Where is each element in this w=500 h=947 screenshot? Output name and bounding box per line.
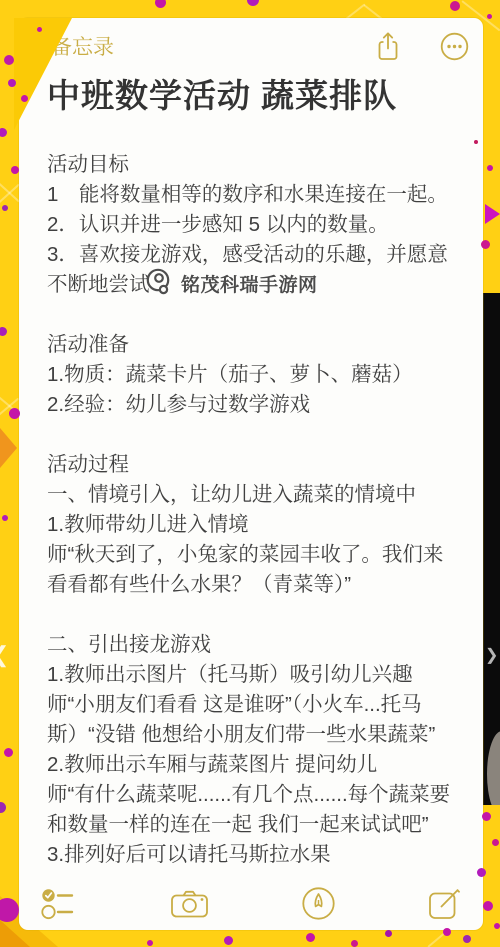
checklist-icon [41, 887, 78, 920]
note-section: 活动准备1.物质：蔬菜卡片（茄子、萝卜、蘑菇）2.经验：幼儿参与过数学游戏 [47, 330, 485, 420]
text-line: 1.教师带幼儿进入情境 [47, 510, 485, 540]
text-line: 2.教师出示车厢与蔬菜图片 提问幼儿 [47, 750, 485, 780]
markup-button[interactable] [301, 886, 336, 921]
magenta-dot [385, 930, 392, 937]
section-heading: 活动目标 [47, 150, 485, 180]
text-line: 3.排列好后可以请托马斯拉水果 [47, 840, 485, 870]
previous-chevron-icon[interactable]: ❮ [0, 642, 9, 668]
magenta-dot [224, 936, 233, 945]
text-line: 看看都有些什么水果？（青菜等）” [47, 570, 485, 600]
watermark-text: 铭茂科瑞手游网 [181, 270, 318, 297]
magenta-dot [2, 515, 8, 521]
magenta-dot [494, 923, 500, 929]
text-line: 师“秋天到了，小兔家的菜园丰收了。我们来 [47, 540, 485, 570]
magenta-dot [247, 0, 259, 6]
magenta-dot [306, 933, 315, 942]
text-line: 师“有什么蔬菜呢......有几个点......每个蔬菜要 [47, 780, 485, 810]
magenta-triangle [485, 204, 500, 224]
magenta-dot [351, 940, 358, 947]
checklist-button[interactable] [41, 887, 78, 920]
more-ellipsis-icon [440, 32, 469, 61]
text-line: 1.教师出示图片（托马斯）吸引幼儿兴趣 [47, 660, 485, 690]
section-heading: 活动过程 [47, 450, 485, 480]
text-line: 斯）“没错 他想给小朋友们带一些水果蔬菜” [47, 720, 485, 750]
magenta-dot [11, 166, 19, 174]
compose-icon [428, 887, 461, 920]
magenta-dot [2, 205, 8, 211]
facet-line [0, 398, 19, 420]
facet-line [0, 392, 19, 414]
magenta-dot [0, 327, 7, 336]
magenta-dot [0, 802, 6, 813]
adjacent-frame-strip: ❯ [483, 293, 500, 805]
compose-button[interactable] [428, 887, 461, 920]
share-icon [375, 31, 401, 62]
text-line: 一、情境引入，让幼儿进入蔬菜的情境中 [47, 480, 485, 510]
note-body: 活动目标1 能将数量相等的数序和水果连接在一起。2．认识并进一步感知 5 以内的… [47, 150, 485, 900]
facet-line [0, 184, 20, 208]
facet-triangle [0, 428, 17, 468]
text-line: 1 能将数量相等的数序和水果连接在一起。 [47, 180, 485, 210]
watermark: 铭茂科瑞手游网 [145, 267, 318, 299]
facet-line [0, 178, 20, 202]
camera-button[interactable] [170, 888, 209, 919]
notes-toolbar [19, 885, 483, 921]
text-line: 和数量一样的连在一起 我们一起来试试吧” [47, 810, 485, 840]
text-line: 2.经验：幼儿参与过数学游戏 [47, 390, 485, 420]
magenta-dot [0, 898, 19, 922]
section-heading: 活动准备 [47, 330, 485, 360]
note-section: 二、引出接龙游戏1.教师出示图片（托马斯）吸引幼儿兴趣师“小朋友们看看 这是谁呀… [47, 630, 485, 870]
note-section: 活动过程一、情境引入，让幼儿进入蔬菜的情境中1.教师带幼儿进入情境师“秋天到了，… [47, 450, 485, 600]
magenta-dot [487, 14, 492, 19]
magenta-dot [155, 0, 166, 8]
magenta-dot [4, 748, 13, 757]
watermark-logo-icon [145, 267, 174, 299]
notes-app-card: 备忘录 中班数学活动 蔬菜排队 活动目标1 能将数量相等的数 [19, 18, 483, 930]
screenshot-stage: ❯ ❮ 备忘录 [0, 0, 500, 947]
magenta-dot [483, 901, 493, 911]
text-line: 师“小朋友们看看 这是谁呀”（小火车...托马 [47, 690, 485, 720]
more-button[interactable] [440, 32, 469, 61]
note-title: 中班数学活动 蔬菜排队 [47, 70, 467, 117]
camera-icon [170, 888, 209, 919]
magenta-dot [487, 165, 493, 171]
text-line: 1.物质：蔬菜卡片（茄子、萝卜、蘑菇） [47, 360, 485, 390]
text-line: 二、引出接龙游戏 [47, 630, 485, 660]
markup-pen-icon [301, 886, 336, 921]
text-line: 3．喜欢接龙游戏，感受活动的乐趣，并愿意 [47, 240, 485, 270]
magenta-dot [0, 128, 7, 137]
text-line: 2．认识并进一步感知 5 以内的数量。 [47, 210, 485, 240]
next-chevron-icon[interactable]: ❯ [485, 645, 498, 665]
magenta-dot [4, 55, 14, 65]
magenta-dot [492, 839, 499, 846]
magenta-dot [147, 940, 153, 946]
magenta-dot [450, 1, 460, 11]
magenta-dot [9, 408, 20, 419]
share-button[interactable] [375, 31, 401, 62]
photo-blob [487, 731, 500, 805]
notes-nav-bar: 备忘录 [27, 30, 469, 62]
magenta-dot [463, 935, 471, 943]
